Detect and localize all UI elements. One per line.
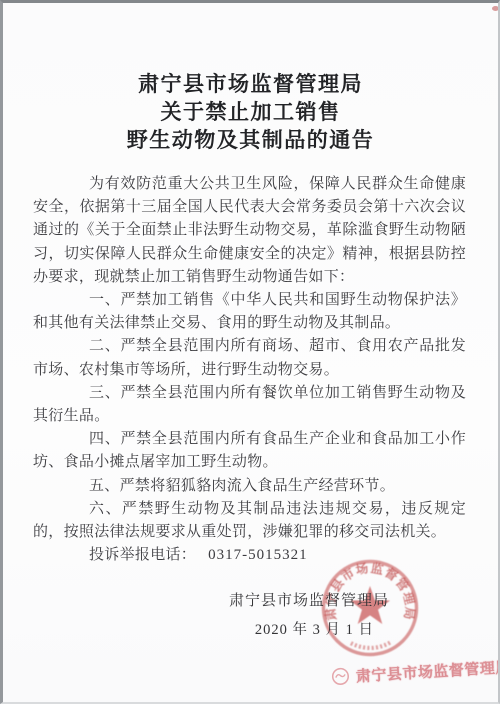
seal-code-marks	[350, 643, 390, 648]
paragraph-item-4: 四、严禁全县范围内所有食品生产企业和食品加工小作坊、食品小摊点屠宰加工野生动物。	[33, 428, 466, 474]
red-ink-speck	[492, 6, 499, 11]
signature-date: 2020 年 3 月 1 日	[33, 618, 374, 639]
paragraph-item-1: 一、严禁加工销售《中华人民共和国野生动物保护法》和其他有关法律禁止交易、食用的野…	[33, 289, 466, 335]
paragraph-item-5: 五、严禁将貂狐貉肉流入食品生产经营环节。	[33, 475, 466, 498]
paragraph-item-2: 二、严禁全县范围内所有商场、超市、食用农产品批发市场、农村集市等场所，进行野生动…	[33, 335, 466, 381]
paragraph-intro: 为有效防范重大公共卫生风险，保障人民群众生命健康安全，依据第十三届全国人民代表大…	[33, 173, 466, 289]
notice-title-line1: 肃宁县市场监督管理局	[3, 71, 498, 99]
paragraph-item-6: 六、严禁野生动物及其制品违法违规交易，违反规定的，按照法律法规要求从重处罚，涉嫌…	[33, 498, 466, 544]
signature-block: 肃宁县市场监督管理局 2020 年 3 月 1 日	[33, 588, 466, 639]
watermark-emblem-icon	[330, 665, 350, 688]
signature-organization: 肃宁县市场监督管理局	[33, 588, 389, 614]
notice-title-line3: 野生动物及其制品的通告	[3, 127, 498, 155]
notice-title-line2: 关于禁止加工销售	[3, 99, 498, 127]
hotline-number: 0317-5015321	[208, 547, 308, 563]
document-page: 肃宁县市场监督管理局 关于禁止加工销售 野生动物及其制品的通告 为有效防范重大公…	[0, 0, 500, 704]
hotline-label: 投诉举报电话：	[89, 547, 196, 563]
notice-title: 肃宁县市场监督管理局 关于禁止加工销售 野生动物及其制品的通告	[3, 71, 498, 155]
paragraph-item-3: 三、严禁全县范围内所有餐饮单位加工销售野生动物及其衍生品。	[33, 382, 466, 428]
